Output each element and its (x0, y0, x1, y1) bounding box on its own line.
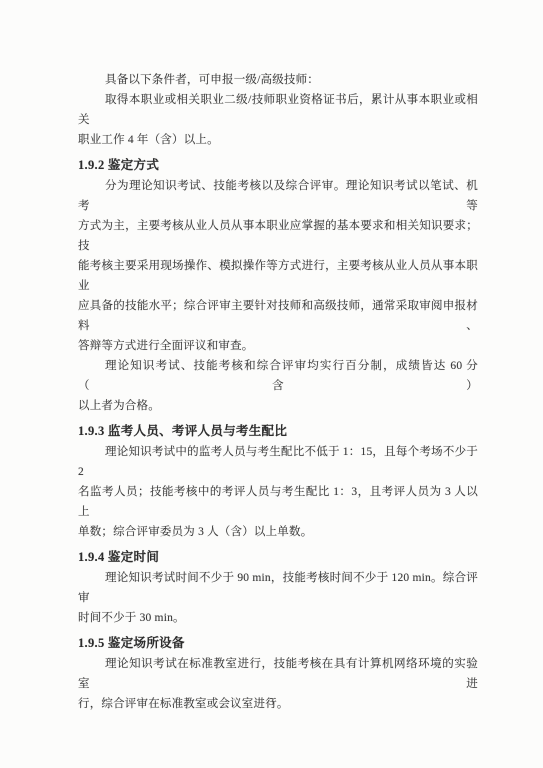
body-line: 分为理论知识考试、技能考核以及综合评审。理论知识考试以笔试、机考等 (78, 176, 478, 216)
body-line: 方式为主，主要考核从业人员从事本职业应掌握的基本要求和相关知识要求；技 (78, 216, 478, 256)
body-line: 答辩等方式进行全面评议和审查。 (78, 336, 478, 356)
body-line: 应具备的技能水平；综合评审主要针对技师和高级技师，通常采取审阅申报材料、 (78, 296, 478, 336)
heading-1-9-3: 1.9.3 监考人员、考评人员与考生配比 (78, 421, 478, 441)
body-line: 以上者为合格。 (78, 396, 478, 416)
body-line: 理论知识考试在标准教室进行，技能考核在具有计算机网络环境的实验室进 (78, 654, 478, 694)
page-number: 3 (0, 697, 543, 708)
body-line: 时间不少于 30 min。 (78, 608, 478, 628)
heading-1-9-2: 1.9.2 鉴定方式 (78, 155, 478, 175)
heading-1-9-5: 1.9.5 鉴定场所设备 (78, 633, 478, 653)
document-page: 具备以下条件者，可申报一级/高级技师： 取得本职业或相关职业二级/技师职业资格证… (0, 0, 543, 768)
body-line: 取得本职业或相关职业二级/技师职业资格证书后，累计从事本职业或相关 (78, 90, 478, 130)
heading-1-9-4: 1.9.4 鉴定时间 (78, 547, 478, 567)
body-line: 具备以下条件者，可申报一级/高级技师： (78, 70, 478, 90)
body-line: 能考核主要采用现场操作、模拟操作等方式进行，主要考核从业人员从事本职业 (78, 256, 478, 296)
text-block: 具备以下条件者，可申报一级/高级技师： 取得本职业或相关职业二级/技师职业资格证… (78, 70, 478, 714)
body-line: 单数；综合评审委员为 3 人（含）以上单数。 (78, 522, 478, 542)
body-line: 理论知识考试、技能考核和综合评审均实行百分制，成绩皆达 60 分（含） (78, 356, 478, 396)
body-line: 理论知识考试中的监考人员与考生配比不低于 1：15，且每个考场不少于 2 (78, 442, 478, 482)
body-line: 名监考人员；技能考核中的考评人员与考生配比 1：3，且考评人员为 3 人以上 (78, 482, 478, 522)
body-line: 理论知识考试时间不少于 90 min，技能考核时间不少于 120 min。综合评… (78, 568, 478, 608)
body-line: 职业工作 4 年（含）以上。 (78, 130, 478, 150)
